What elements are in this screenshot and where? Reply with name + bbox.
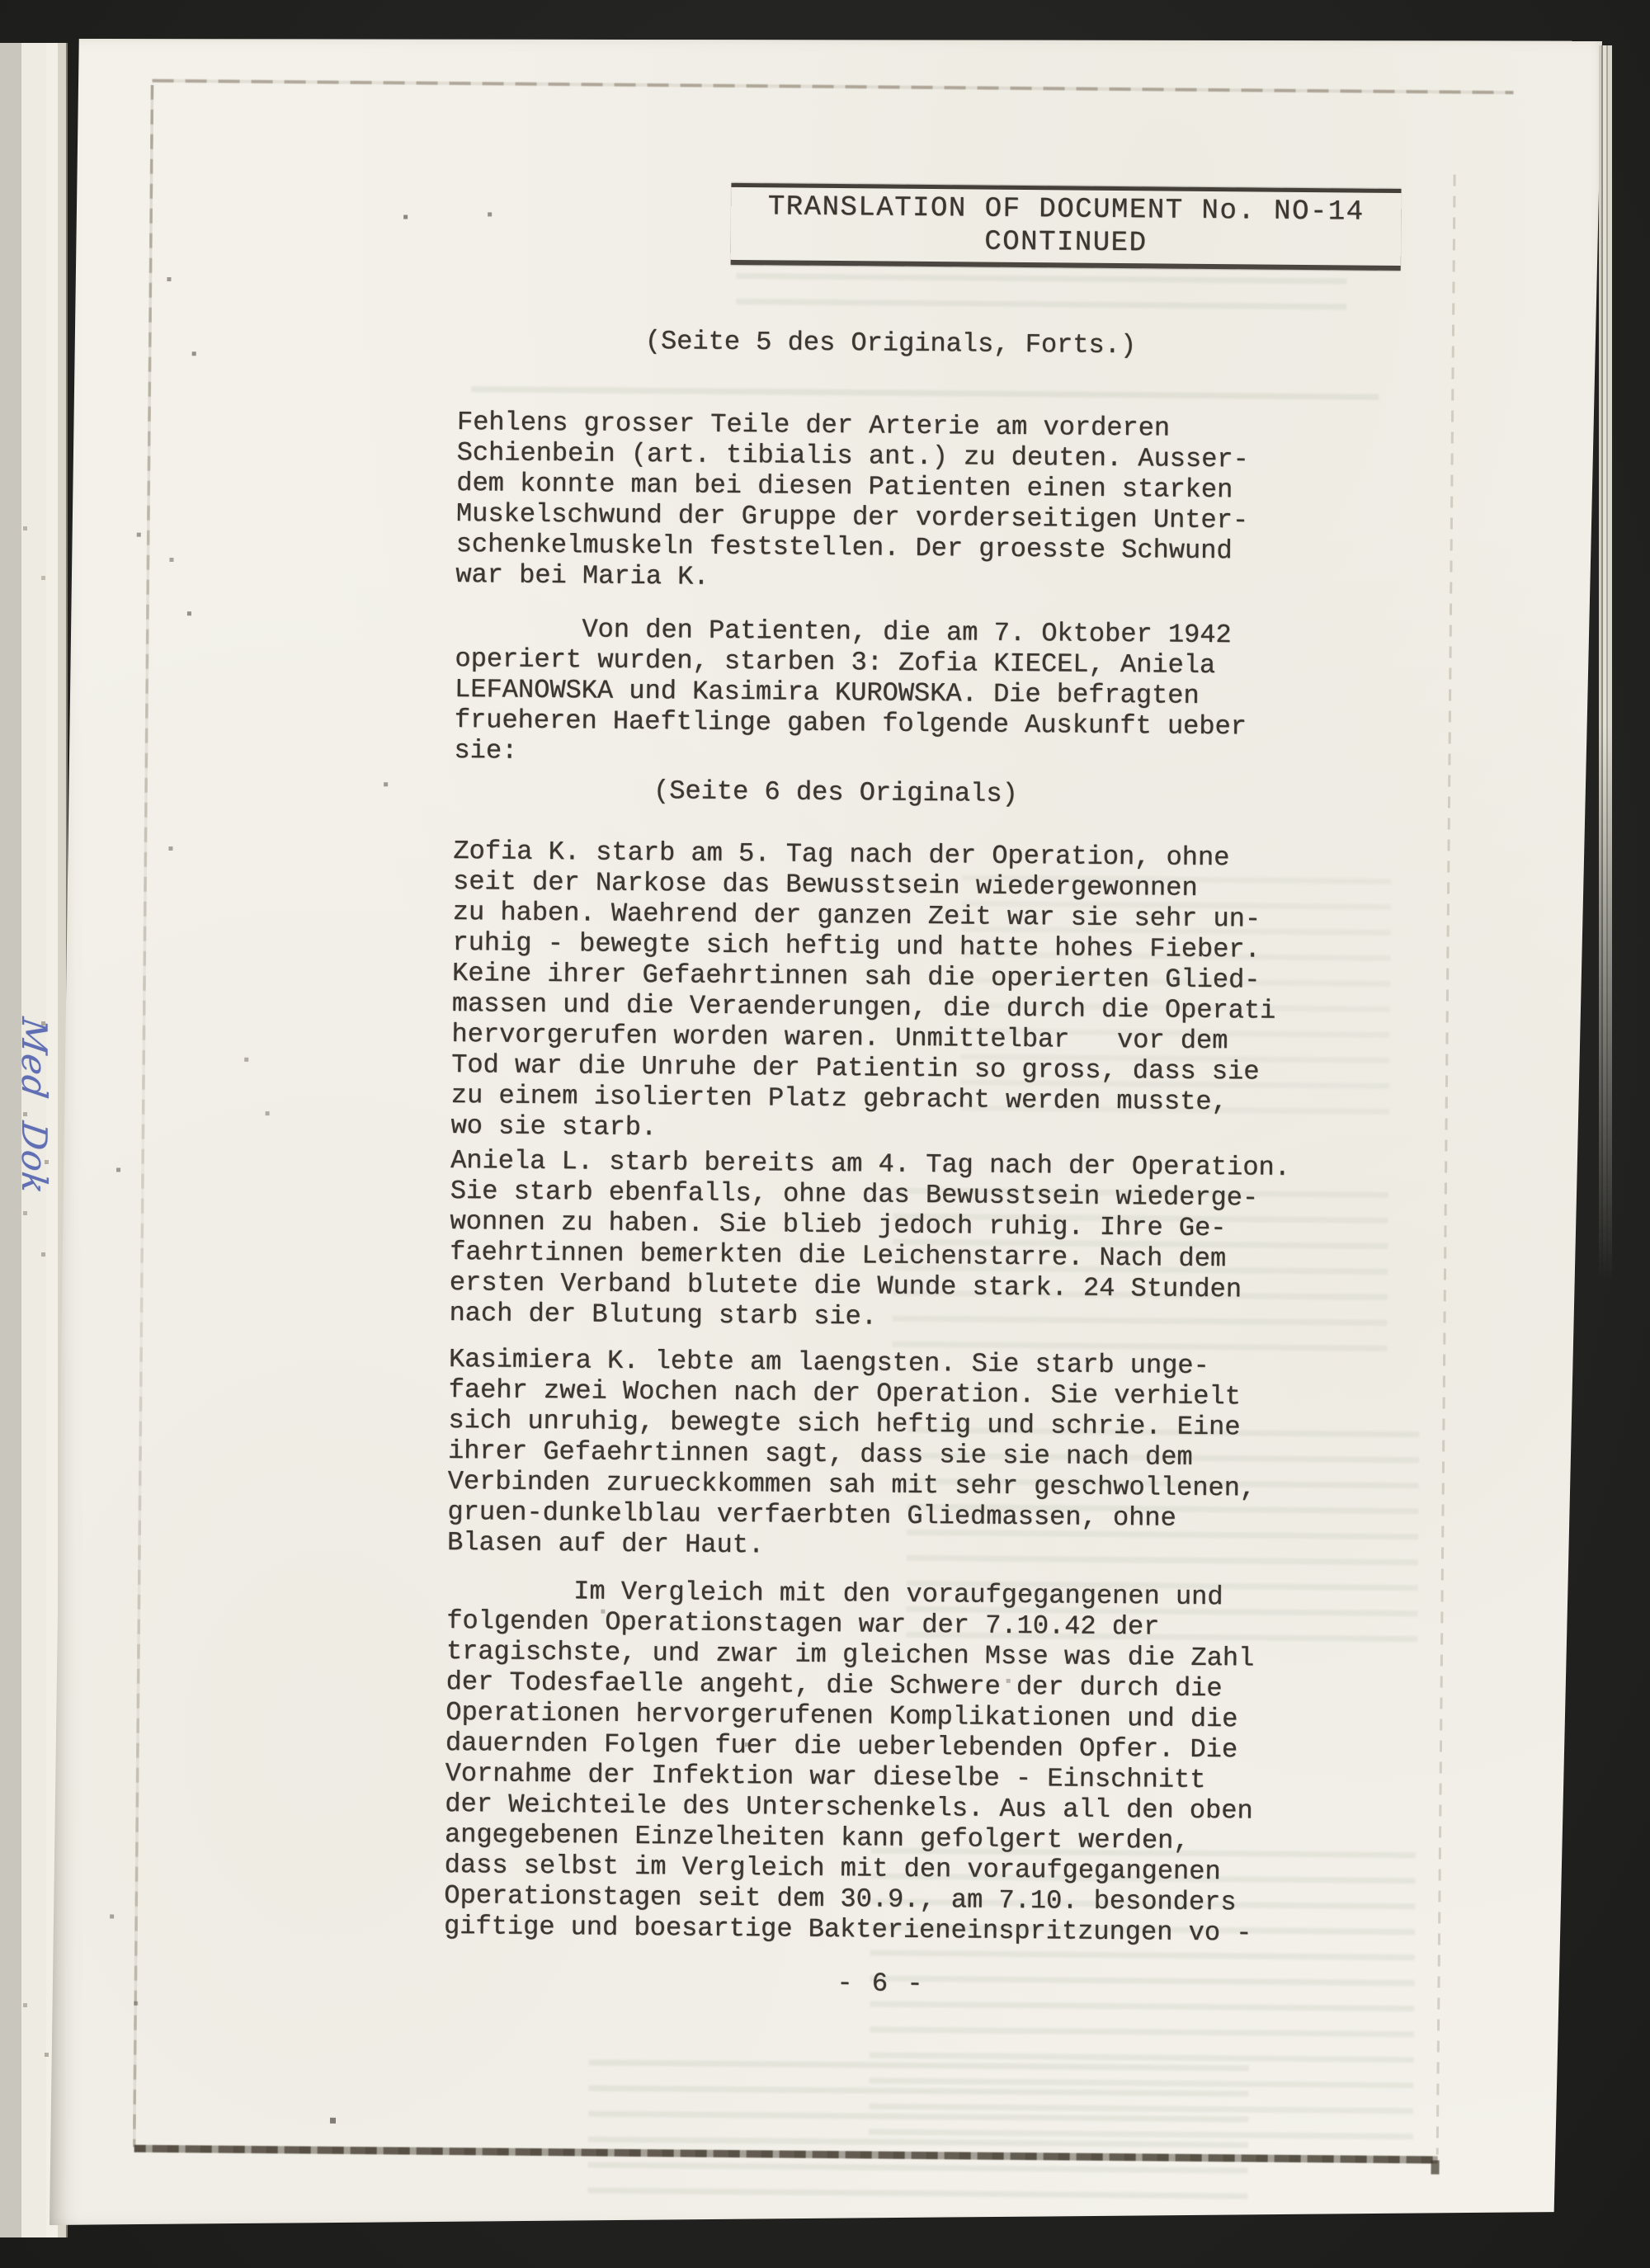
photocopy-border-right-line — [1436, 175, 1456, 2155]
page-number: - 6 - — [837, 1968, 924, 1999]
photocopy-border-top-line — [153, 79, 1514, 94]
stamp-document-number-line: TRANSLATION OF DOCUMENT No. NO-14 — [768, 191, 1365, 229]
section-heading-seite-5: (Seite 5 des Originals, Forts.) — [645, 326, 1137, 361]
offset-ink-ghost — [471, 366, 1379, 403]
paragraph-zofia: Zofia K. starb am 5. Tag nach der Operat… — [450, 836, 1277, 1148]
paragraph-von-den-patienten: Von den Patienten, die am 7. Oktober 194… — [454, 613, 1247, 772]
photocopy-border-left-line — [133, 85, 154, 2148]
document-page: TRANSLATION OF DOCUMENT No. NO-14 CONTIN… — [49, 39, 1602, 2225]
page-content: TRANSLATION OF DOCUMENT No. NO-14 CONTIN… — [59, 39, 1563, 2238]
paragraph-aniela: Aniela L. starb bereits am 4. Tag nach d… — [449, 1145, 1290, 1336]
handwritten-margin-note: Med Dok — [15, 1016, 54, 1219]
page-stack-edge — [1599, 45, 1612, 1283]
paragraph-fehlens: Fehlens grosser Teile der Arterie am vor… — [455, 407, 1249, 596]
translation-stamp: TRANSLATION OF DOCUMENT No. NO-14 CONTIN… — [731, 183, 1402, 271]
section-heading-seite-6: (Seite 6 des Originals) — [653, 776, 1018, 809]
offset-ink-ghost — [587, 2039, 1249, 2210]
paragraph-kasimiera: Kasimiera K. lebte am laengsten. Sie sta… — [447, 1344, 1257, 1565]
paragraph-vergleich: Im Vergleich mit den voraufgegangenen un… — [444, 1575, 1255, 1949]
stamp-continued-line: CONTINUED — [984, 226, 1147, 261]
binding-holes — [0, 0, 1, 1]
paper-specks — [78, 39, 79, 40]
